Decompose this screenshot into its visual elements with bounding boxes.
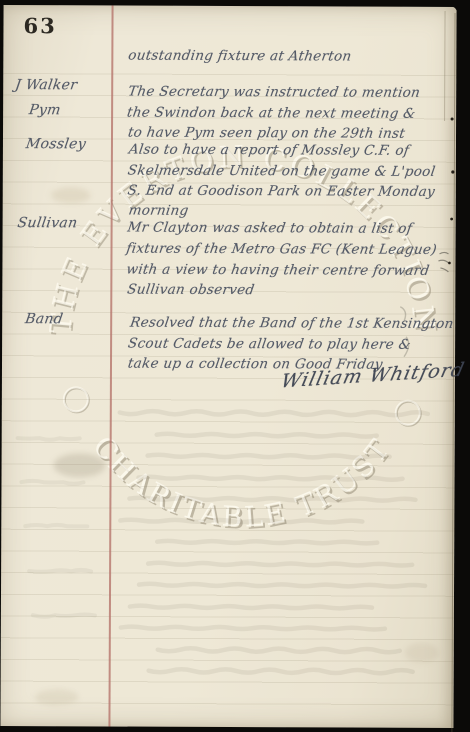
- minute-line: to have Pym seen play on the 29th inst: [127, 125, 406, 142]
- margin-name-pym: Pym: [28, 102, 62, 118]
- minute-line: The Secretary was instructed to mention: [127, 84, 421, 101]
- margin-name-band: Band: [24, 311, 64, 327]
- minute-line: Mr Clayton was asked to obtain a list of: [126, 220, 413, 237]
- margin-name-sullivan: Sullivan: [16, 215, 78, 231]
- minute-line: Sullivan observed: [126, 282, 255, 299]
- minute-line: Scout Cadets be allowed to play here &: [127, 336, 412, 353]
- minute-line-carryover: outstanding fixture at Atherton: [127, 48, 352, 65]
- paper-stain: [54, 453, 106, 477]
- minute-line: Also to have a report of Mossley C.F. of: [128, 142, 411, 159]
- paper-stain: [51, 187, 91, 203]
- margin-name-mossley: Mossley: [25, 136, 87, 152]
- minute-line: Resolved that the Band of the 1st Kensin…: [129, 315, 455, 332]
- minute-line: Skelmersdale United on the game & L'pool: [127, 163, 437, 180]
- paper-stain: [35, 689, 79, 705]
- minute-line: with a view to having their centre forwa…: [125, 262, 430, 279]
- margin-name-jwalker: J Walker: [14, 77, 78, 93]
- minute-line: S. End at Goodison Park on Easter Monday: [127, 183, 436, 200]
- photographed-ledger-page: THE EVERTON COLLECTION THE EVERTON COLLE…: [0, 0, 470, 732]
- minute-line: fixtures of the Metro Gas FC (Kent Leagu…: [125, 241, 438, 258]
- minute-line: the Swindon back at the next meeting &: [126, 105, 417, 122]
- minute-book-page: THE EVERTON COLLECTION THE EVERTON COLLE…: [0, 5, 456, 728]
- paper-stain: [405, 643, 439, 663]
- page-number: 63: [23, 13, 56, 38]
- minute-line: morning: [128, 203, 190, 219]
